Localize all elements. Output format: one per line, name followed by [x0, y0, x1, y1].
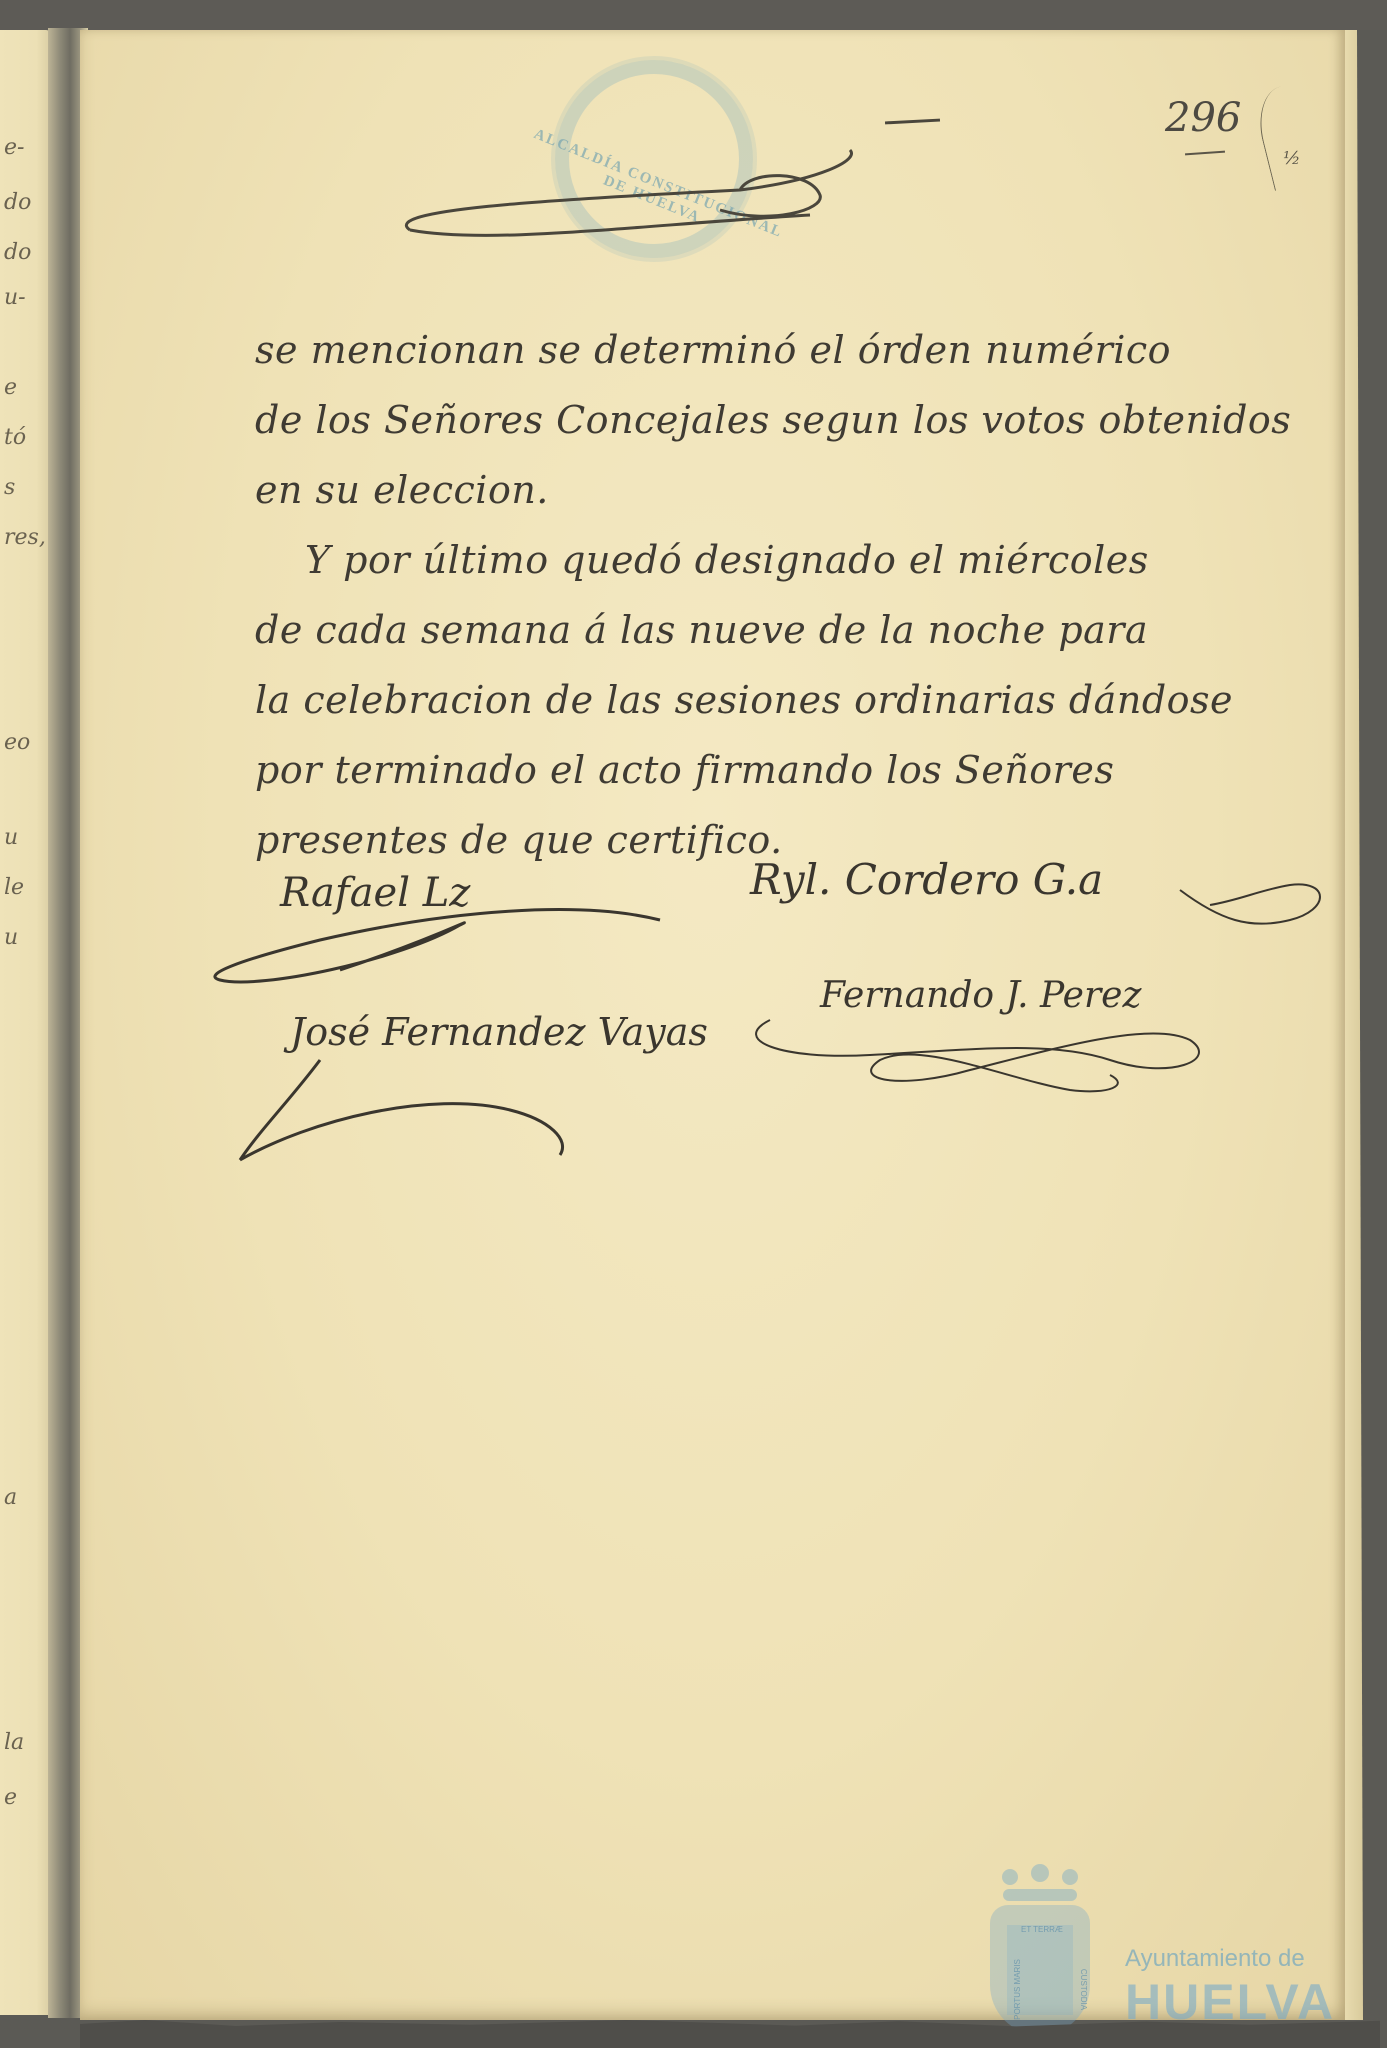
text-line: Y por último quedó designado el miércole…: [255, 525, 1325, 595]
left-page-fragment: tó: [4, 425, 26, 450]
left-page-fragment: do: [4, 190, 31, 215]
left-page-fragment: e: [4, 1785, 17, 1810]
signature-jose-fernandez: José Fernandez Vayas: [290, 1010, 708, 1054]
signature-flourish: [750, 1000, 1230, 1100]
text-line: se mencionan se determinó el órden numér…: [255, 315, 1325, 385]
text-line: en su eleccion.: [255, 455, 1325, 525]
crown-icon: [995, 1863, 1085, 1903]
left-page-fragment: le: [4, 875, 24, 900]
left-page-fragment: s: [4, 475, 15, 500]
rubric-flourish: [390, 150, 860, 250]
handwritten-body: se mencionan se determinó el órden numér…: [255, 315, 1325, 875]
signature-flourish: [1180, 870, 1330, 940]
text-line: la celebracion de las sesiones ordinaria…: [255, 665, 1325, 735]
left-page-fragment: u: [4, 825, 18, 850]
signature-cordero: Ryl. Cordero G.a: [750, 855, 1103, 904]
signature-flourish: [230, 1060, 660, 1170]
left-page-fragment: u: [4, 925, 18, 950]
folio-number: 296: [1165, 95, 1241, 141]
left-facing-page: e- do do u- e tó s res, eo u le u a la e: [0, 30, 52, 2015]
ayuntamiento-huelva-watermark: ET TERRÆ PORTUS MARIS CUSTODIA Ayuntamie…: [975, 1845, 1335, 2045]
motto-top: ET TERRÆ: [1021, 1925, 1063, 1934]
text-line: de los Señores Concejales segun los voto…: [255, 385, 1325, 455]
motto-right: CUSTODIA: [1079, 1969, 1088, 2010]
text-line: de cada semana á las nueve de la noche p…: [255, 595, 1325, 665]
left-page-fragment: a: [4, 1485, 17, 1510]
folio-fraction: ½: [1283, 148, 1300, 169]
left-page-fragment: e: [4, 375, 17, 400]
left-page-fragment: u-: [4, 285, 26, 310]
left-page-fragment: e-: [4, 135, 24, 160]
scanner-background: [0, 0, 1387, 30]
left-page-fragment: res,: [4, 525, 46, 550]
signature-flourish: [200, 900, 680, 990]
motto-left: PORTUS MARIS: [1013, 1959, 1022, 2020]
left-page-fragment: la: [4, 1730, 24, 1755]
left-page-fragment: eo: [4, 730, 30, 755]
left-page-fragment: do: [4, 240, 31, 265]
watermark-line1: Ayuntamiento de: [1125, 1945, 1305, 1973]
text-line: por terminado el acto firmando los Señor…: [255, 735, 1325, 805]
